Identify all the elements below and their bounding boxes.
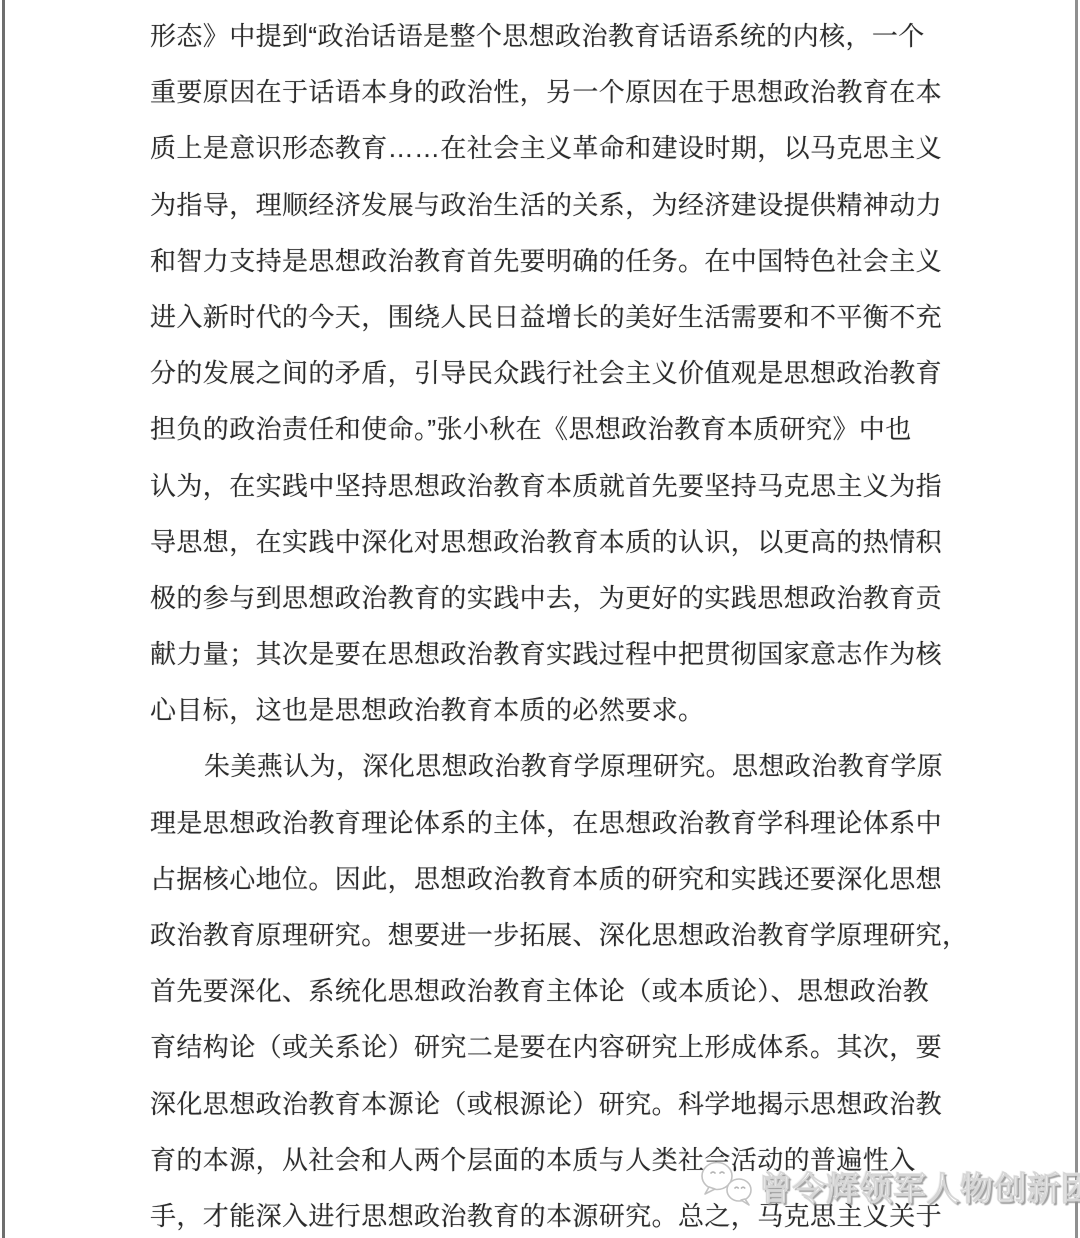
document-text-line: 政治教育原理研究。想要进一步拓展、深化思想政治教育学原理研究， xyxy=(150,907,960,963)
document-text-line: 导思想，在实践中深化对思想政治教育本质的认识，以更高的热情积 xyxy=(150,514,960,570)
document-text-line: 占据核心地位。因此，思想政治教育本质的研究和实践还要深化思想 xyxy=(150,851,960,907)
document-text-line: 心目标，这也是思想政治教育本质的必然要求。 xyxy=(150,682,960,738)
document-text-line: 形态》中提到“政治话语是整个思想政治教育话语系统的内核，一个 xyxy=(150,8,960,64)
page-right-border xyxy=(1075,0,1078,1238)
document-text-line: 朱美燕认为，深化思想政治教育学原理研究。思想政治教育学原 xyxy=(150,738,960,794)
document-text-line: 为指导，理顺经济发展与政治生活的关系，为经济建设提供精神动力 xyxy=(150,177,960,233)
document-text-line: 进入新时代的今天，围绕人民日益增长的美好生活需要和不平衡不充 xyxy=(150,289,960,345)
document-text-line: 献力量；其次是要在思想政治教育实践过程中把贯彻国家意志作为核 xyxy=(150,626,960,682)
document-text-line: 育结构论（或关系论）研究二是要在内容研究上形成体系。其次，要 xyxy=(150,1019,960,1075)
document-text-line: 首先要深化、系统化思想政治教育主体论（或本质论）、思想政治教 xyxy=(150,963,960,1019)
document-page: 形态》中提到“政治话语是整个思想政治教育话语系统的内核，一个重要原因在于话语本身… xyxy=(0,0,1080,1238)
document-text-line: 理是思想政治教育理论体系的主体，在思想政治教育学科理论体系中 xyxy=(150,795,960,851)
wechat-bubbles-icon xyxy=(697,1158,759,1214)
document-text-block: 形态》中提到“政治话语是整个思想政治教育话语系统的内核，一个重要原因在于话语本身… xyxy=(150,8,960,1238)
document-text-line: 重要原因在于话语本身的政治性，另一个原因在于思想政治教育在本 xyxy=(150,64,960,120)
document-text-line: 担负的政治责任和使命。”张小秋在《思想政治教育本质研究》中也 xyxy=(150,401,960,457)
page-left-border xyxy=(2,0,5,1238)
watermark-text: 曾令辉领军人物创新团队 xyxy=(759,1163,1080,1210)
document-text-line: 分的发展之间的矛盾，引导民众践行社会主义价值观是思想政治教育 xyxy=(150,345,960,401)
document-text-line: 深化思想政治教育本源论（或根源论）研究。科学地揭示思想政治教 xyxy=(150,1076,960,1132)
document-text-line: 质上是意识形态教育……在社会主义革命和建设时期，以马克思主义 xyxy=(150,120,960,176)
document-text-line: 极的参与到思想政治教育的实践中去，为更好的实践思想政治教育贡 xyxy=(150,570,960,626)
watermark: 曾令辉领军人物创新团队 xyxy=(697,1158,1080,1214)
document-text-line: 认为，在实践中坚持思想政治教育本质就首先要坚持马克思主义为指 xyxy=(150,458,960,514)
document-text-line: 和智力支持是思想政治教育首先要明确的任务。在中国特色社会主义 xyxy=(150,233,960,289)
